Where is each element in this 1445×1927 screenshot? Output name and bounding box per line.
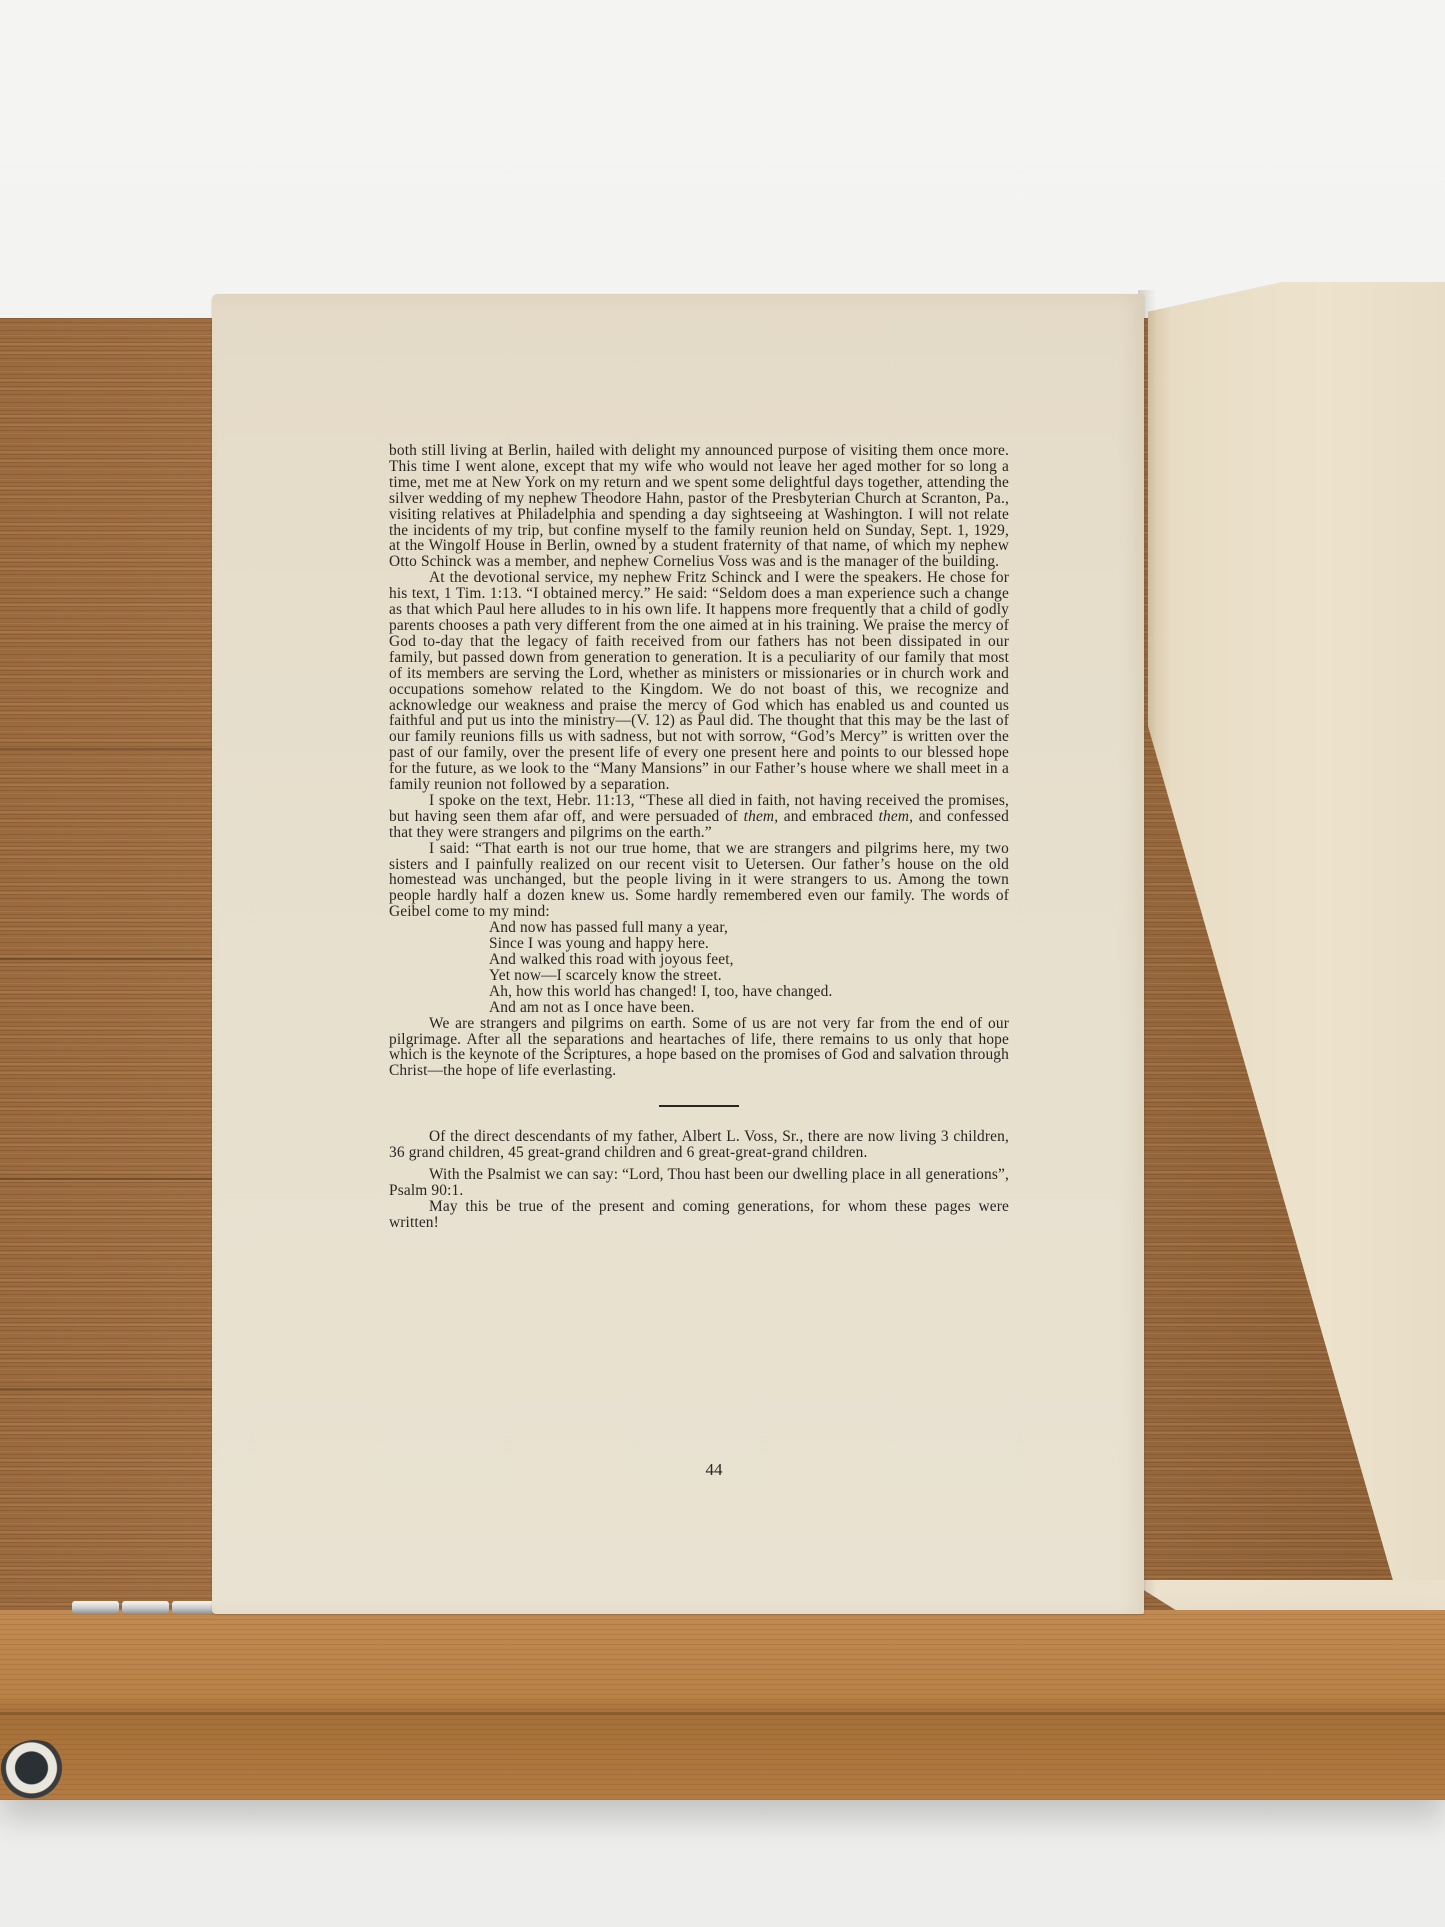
poem-line: Since I was young and happy here. bbox=[489, 936, 1009, 952]
paragraph: At the devotional service, my nephew Fri… bbox=[389, 570, 1009, 793]
paragraph: Of the direct descendants of my father, … bbox=[389, 1129, 1009, 1161]
book-stand-ledge bbox=[0, 1610, 1445, 1800]
paragraph: With the Psalmist we can say: “Lord, Tho… bbox=[389, 1167, 1009, 1199]
ledge-edge bbox=[0, 1712, 1445, 1715]
paragraph: I spoke on the text, Hebr. 11:13, “These… bbox=[389, 793, 1009, 841]
paragraph: May this be true of the present and comi… bbox=[389, 1199, 1009, 1231]
page-body-text: both still living at Berlin, hailed with… bbox=[389, 443, 1009, 1231]
poem-line: And now has passed full many a year, bbox=[489, 920, 1009, 936]
poem-line: Yet now—I scarcely know the street. bbox=[489, 968, 1009, 984]
section-divider bbox=[659, 1105, 739, 1107]
italic-text: them, bbox=[744, 808, 779, 825]
poem-line: And walked this road with joyous feet, bbox=[489, 952, 1009, 968]
text-run: and embraced bbox=[778, 808, 878, 825]
page-number: 44 bbox=[694, 1460, 734, 1480]
poem-line: Ah, how this world has changed! I, too, … bbox=[489, 984, 1009, 1000]
poem-line: And am not as I once have been. bbox=[489, 1000, 1009, 1016]
italic-text: them, bbox=[879, 808, 914, 825]
paragraph: both still living at Berlin, hailed with… bbox=[389, 443, 1009, 570]
paragraph: We are strangers and pilgrims on earth. … bbox=[389, 1016, 1009, 1080]
poem-quotation: And now has passed full many a year, Sin… bbox=[489, 920, 1009, 1015]
paragraph: I said: “That earth is not our true home… bbox=[389, 841, 1009, 921]
screw-knob-icon bbox=[0, 1740, 70, 1802]
